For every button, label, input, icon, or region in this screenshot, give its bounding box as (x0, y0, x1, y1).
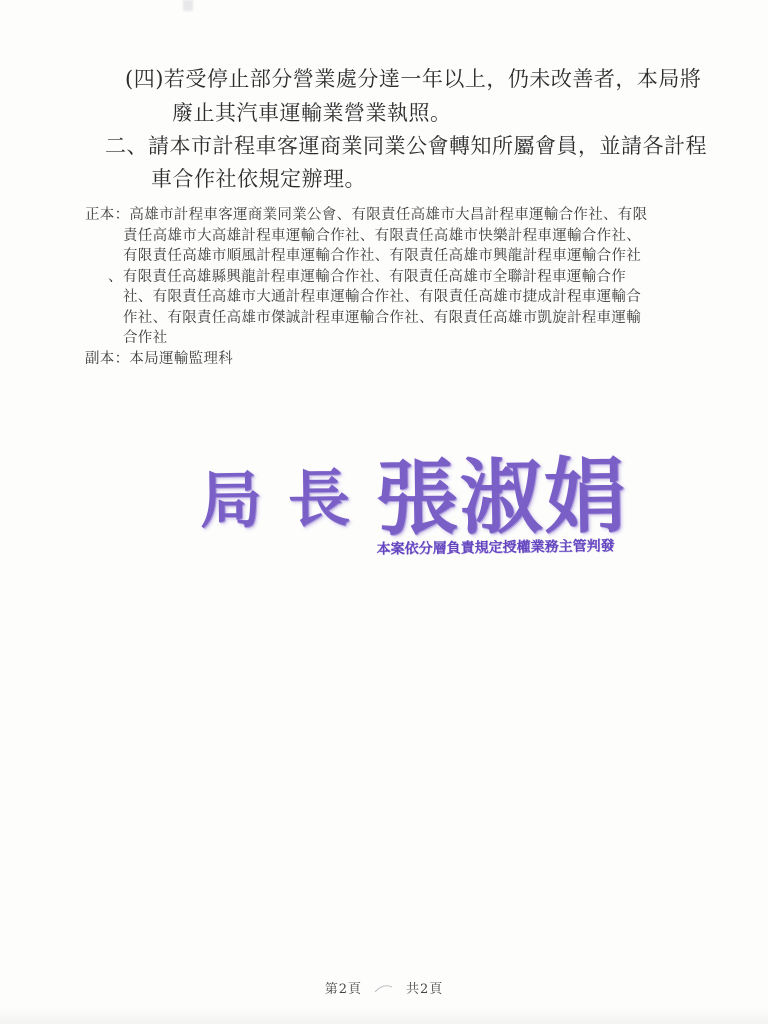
stamp-signature-name: 張淑娟 (375, 431, 629, 552)
original-copy-line: 合作社 (123, 328, 725, 349)
original-copy-line: 作社、有限責任高雄市傑誠計程車運輸合作社、有限責任高雄市凱旋計程車運輸 (123, 308, 725, 329)
stamp-main-text: 局長 張淑娟 (199, 441, 628, 543)
original-copy-line: 正本：高雄市計程車客運商業同業公會、有限責任高雄市大昌計程車運輸合作社、有限 (85, 205, 725, 226)
scan-smudge (183, 0, 193, 11)
body-line: (四)若受停止部分營業處分達一年以上，仍未改善者，本局將 (125, 64, 701, 96)
distribution-block: 正本：高雄市計程車客運商業同業公會、有限責任高雄市大昌計程車運輸合作社、有限 責… (85, 205, 725, 369)
original-copy-line: 社、有限責任高雄市大通計程車運輸合作社、有限責任高雄市捷成計程車運輸合 (123, 287, 725, 308)
pen-mark (374, 982, 394, 994)
page-number: 第2頁 (325, 978, 362, 997)
original-copy-line: 、有限責任高雄縣興龍計程車運輸合作社、有限責任高雄市全聯計程車運輸合作 (108, 267, 725, 288)
body-line: 廢止其汽車運輸業營業執照。 (172, 98, 452, 130)
original-copy-line: 有限責任高雄市順風計程車運輸合作社、有限責任高雄市興龍計程車運輸合作社 (123, 246, 725, 267)
body-line: 車合作社依規定辦理。 (151, 164, 366, 196)
page-footer: 第2頁 共2頁 (0, 978, 768, 997)
body-line: 二、請本市計程車客運商業同業公會轉知所屬會員，並請各計程 (105, 131, 707, 163)
document-page: (四)若受停止部分營業處分達一年以上，仍未改善者，本局將 廢止其汽車運輸業營業執… (0, 0, 768, 1024)
original-copy-line: 責任高雄市大高雄計程車運輸合作社、有限責任高雄市快樂計程車運輸合作社、 (123, 226, 725, 247)
scan-edge-shadow (0, 1008, 768, 1024)
carbon-copy-line: 副本：本局運輸監理科 (85, 349, 725, 370)
stamp-delegation-note: 本案依分層負責規定授權業務主管判發 (376, 535, 614, 558)
stamp-title: 局長 (199, 448, 376, 539)
page-total: 共2頁 (406, 978, 443, 997)
director-stamp: 局長 張淑娟 本案依分層負責規定授權業務主管判發 (189, 437, 641, 573)
